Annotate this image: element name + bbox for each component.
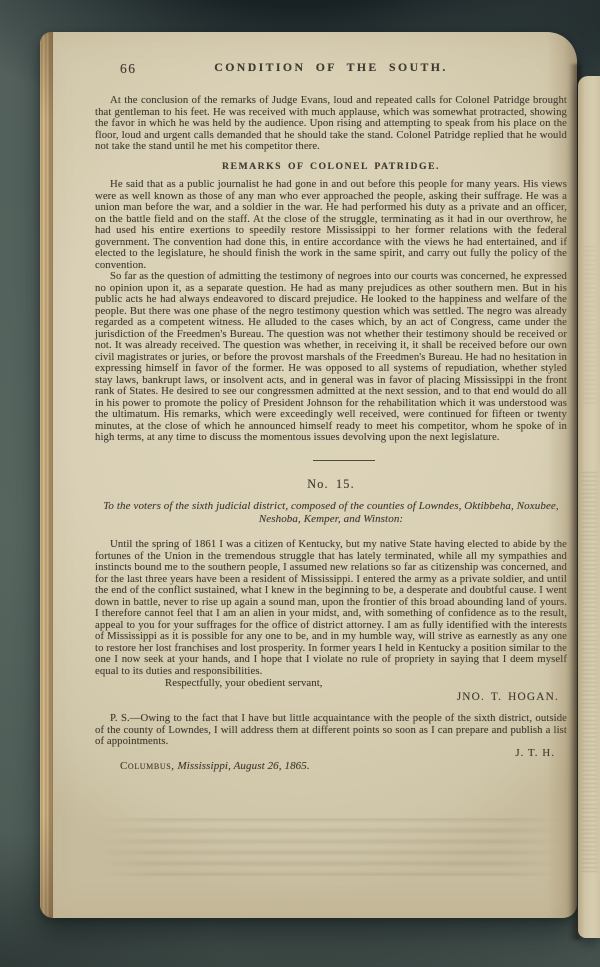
postscript: P. S.—Owing to the fact that I have but … [95,713,567,748]
intro-paragraph: At the conclusion of the remarks of Judg… [95,95,567,153]
letter-body: Until the spring of 1861 I was a citizen… [95,539,567,677]
page-header: 66 CONDITION OF THE SOUTH. [95,62,567,78]
page-number: 66 [120,63,137,75]
remarks-paragraph-1: He said that as a public journalist he h… [95,179,567,271]
book-page: 66 CONDITION OF THE SOUTH. At the conclu… [40,32,577,918]
postscript-initials: J. T. H. [95,748,555,760]
dateline-date: Mississippi, August 26, 1865. [175,760,310,772]
section-divider [313,460,375,461]
next-page-edge [578,76,600,938]
page-content: 66 CONDITION OF THE SOUTH. At the conclu… [95,62,567,773]
dateline-place: Columbus, [120,760,175,772]
document-number-heading: No. 15. [95,479,567,491]
section-heading: REMARKS OF COLONEL PATRIDGE. [95,161,567,173]
page-edge-stack [40,32,53,918]
bleed-through-text [103,818,559,876]
signature: JNO. T. HOGAN. [95,692,559,704]
book-scan: 66 CONDITION OF THE SOUTH. At the conclu… [0,0,600,967]
running-head: CONDITION OF THE SOUTH. [95,62,567,74]
remarks-paragraph-2: So far as the question of admitting the … [95,271,567,444]
letter-closing: Respectfully, your obedient servant, [165,678,567,690]
salutation: To the voters of the sixth judicial dist… [95,500,567,525]
dateline: Columbus, Mississippi, August 26, 1865. [120,761,567,773]
